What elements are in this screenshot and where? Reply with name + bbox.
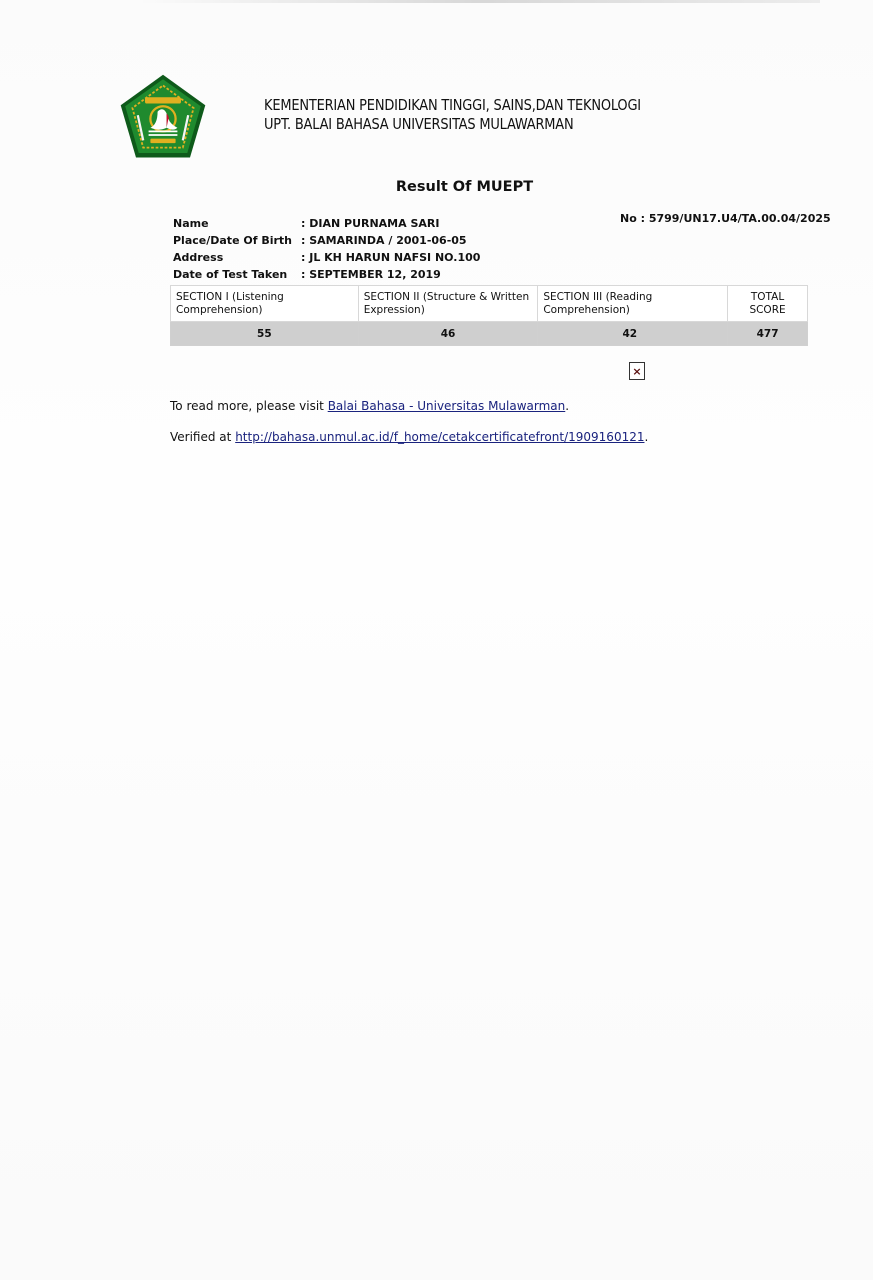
header-section-3: SECTION III (Reading Comprehension) xyxy=(538,286,728,322)
score-section-1: 55 xyxy=(171,322,359,346)
certificate-number: No : 5799/UN17.U4/TA.00.04/2025 xyxy=(620,212,831,225)
info-value: : DIAN PURNAMA SARI xyxy=(301,215,439,232)
info-row-test-date: Date of Test Taken : SEPTEMBER 12, 2019 xyxy=(173,266,480,283)
score-row: 55 46 42 477 xyxy=(171,322,808,346)
unit-name: UPT. BALAI BAHASA UNIVERSITAS MULAWARMAN xyxy=(264,115,641,134)
balai-bahasa-link[interactable]: Balai Bahasa - Universitas Mulawarman xyxy=(328,399,566,413)
info-label: Name xyxy=(173,215,301,232)
score-section-2: 46 xyxy=(358,322,538,346)
verified-prefix: Verified at xyxy=(170,430,235,444)
university-crest-icon xyxy=(118,72,208,162)
header-section-1: SECTION I (Listening Comprehension) xyxy=(171,286,359,322)
verified-text: Verified at http://bahasa.unmul.ac.id/f_… xyxy=(170,430,648,444)
score-total: 477 xyxy=(728,322,808,346)
read-more-prefix: To read more, please visit xyxy=(170,399,328,413)
institution-header: KEMENTERIAN PENDIDIKAN TINGGI, SAINS,DAN… xyxy=(264,96,641,134)
info-label: Date of Test Taken xyxy=(173,266,301,283)
score-section-3: 42 xyxy=(538,322,728,346)
info-row-name: Name : DIAN PURNAMA SARI xyxy=(173,215,480,232)
ministry-name: KEMENTERIAN PENDIDIKAN TINGGI, SAINS,DAN… xyxy=(264,96,641,115)
info-value: : SAMARINDA / 2001-06-05 xyxy=(301,232,467,249)
verification-link[interactable]: http://bahasa.unmul.ac.id/f_home/cetakce… xyxy=(235,430,644,444)
info-value: : SEPTEMBER 12, 2019 xyxy=(301,266,441,283)
participant-info: Name : DIAN PURNAMA SARI Place/Date Of B… xyxy=(173,215,480,283)
info-label: Address xyxy=(173,249,301,266)
score-header-row: SECTION I (Listening Comprehension) SECT… xyxy=(171,286,808,322)
certificate-page: KEMENTERIAN PENDIDIKAN TINGGI, SAINS,DAN… xyxy=(0,0,873,1280)
score-table: SECTION I (Listening Comprehension) SECT… xyxy=(170,285,808,346)
broken-image-icon: × xyxy=(629,362,645,380)
read-more-text: To read more, please visit Balai Bahasa … xyxy=(170,399,569,413)
verified-suffix: . xyxy=(644,430,648,444)
info-label: Place/Date Of Birth xyxy=(173,232,301,249)
read-more-suffix: . xyxy=(565,399,569,413)
scan-edge xyxy=(140,0,820,3)
header-total-score: TOTAL SCORE xyxy=(728,286,808,322)
header-section-2: SECTION II (Structure & Written Expressi… xyxy=(358,286,538,322)
document-title: Result Of MUEPT xyxy=(28,179,873,195)
info-row-birth: Place/Date Of Birth : SAMARINDA / 2001-0… xyxy=(173,232,480,249)
info-value: : JL KH HARUN NAFSI NO.100 xyxy=(301,249,480,266)
info-row-address: Address : JL KH HARUN NAFSI NO.100 xyxy=(173,249,480,266)
